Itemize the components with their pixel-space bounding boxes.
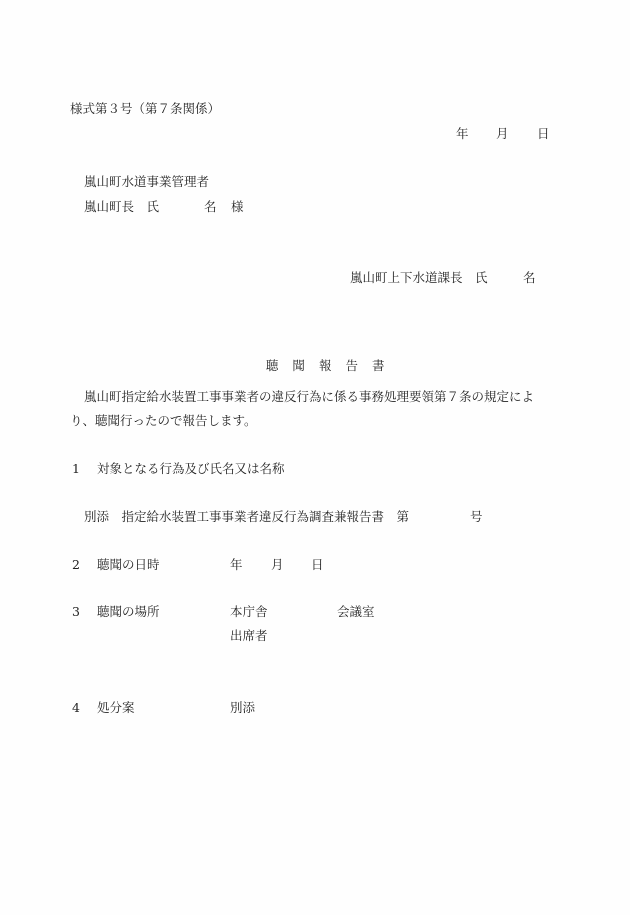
section-2-number: 2 xyxy=(72,557,80,573)
section-1-label: 対象となる行為及び氏名又は名称 xyxy=(97,461,285,477)
section-4-number: 4 xyxy=(72,700,80,716)
section-1-detail: 別添 指定給水装置工事事業者違反行為調査兼報告書 第 xyxy=(84,509,409,525)
section-3-place: 本庁舎 xyxy=(230,604,268,620)
addressee-line2-prefix: 嵐山町長 氏 xyxy=(84,199,159,215)
sender-name: 名 xyxy=(523,270,536,286)
form-number: 様式第３号（第７条関係） xyxy=(70,101,220,117)
section-1-number: 1 xyxy=(72,461,80,477)
section-3-label: 聴聞の場所 xyxy=(97,604,160,620)
body-line1: 嵐山町指定給水装置工事事業者の違反行為に係る事務処理要領第７条の規定によ xyxy=(84,389,534,405)
document-title: 聴聞報告書 xyxy=(250,342,384,390)
section-3-attendees: 出席者 xyxy=(230,628,268,644)
date-year: 年 xyxy=(456,126,469,142)
date-month: 月 xyxy=(496,126,509,142)
body-line2: り、聴聞行ったので報告します。 xyxy=(70,413,257,429)
section-4-label: 処分案 xyxy=(97,700,135,716)
section-4-value: 別添 xyxy=(230,700,255,716)
addressee-honorific: 様 xyxy=(231,199,244,215)
section-2-month: 月 xyxy=(271,557,284,573)
date-day: 日 xyxy=(537,126,550,142)
section-2-year: 年 xyxy=(230,557,243,573)
sender-title: 嵐山町上下水道課長 氏 xyxy=(350,270,488,286)
section-3-number: 3 xyxy=(72,604,80,620)
section-3-room: 会議室 xyxy=(337,604,375,620)
addressee-line1: 嵐山町水道事業管理者 xyxy=(84,174,209,190)
section-1-detail-suffix: 号 xyxy=(470,509,483,525)
section-2-label: 聴聞の日時 xyxy=(97,557,160,573)
addressee-name: 名 xyxy=(204,199,217,215)
section-2-day: 日 xyxy=(311,557,324,573)
